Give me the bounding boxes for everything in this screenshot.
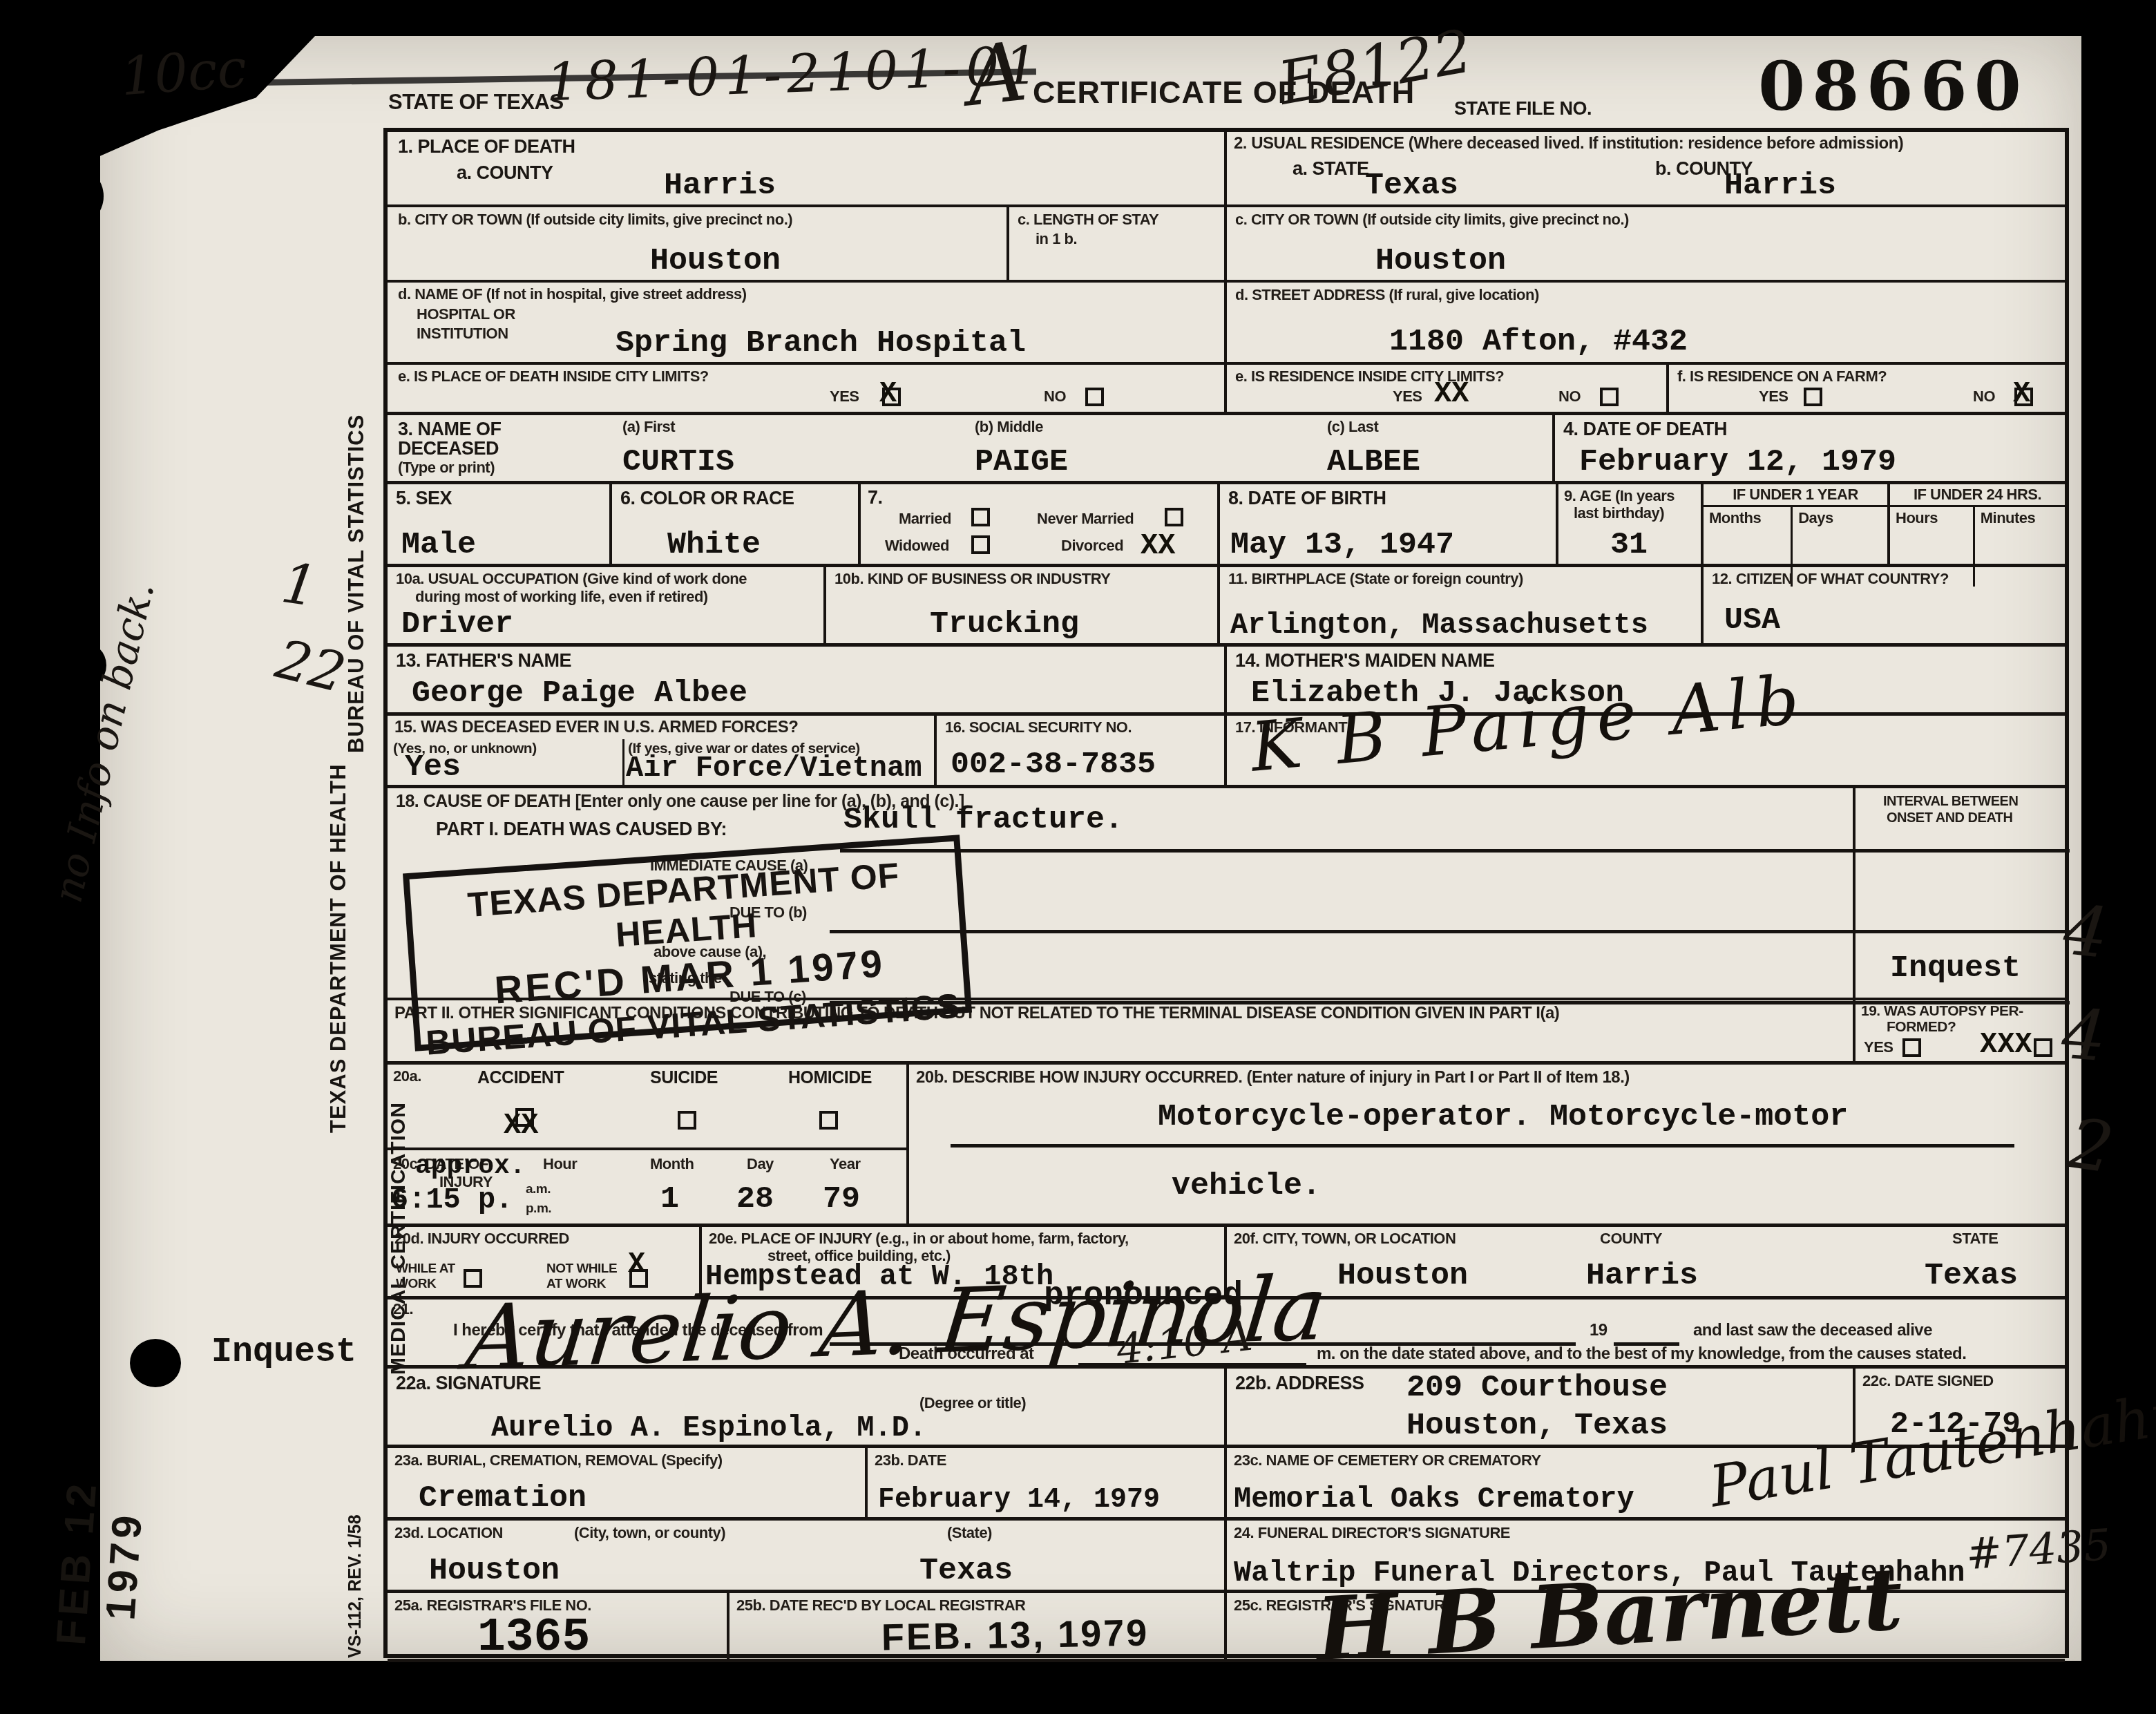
farm-yes-checkbox [1804,388,1822,406]
interval-label-2: ONSET AND DEATH [1887,810,2013,826]
interval-value: Inquest [1890,951,2021,986]
injury-description-rule [951,1144,2014,1148]
date-of-death-label: 4. DATE OF DEATH [1563,419,1727,440]
dob-value: May 13, 1947 [1230,527,1454,562]
last-name-label: (c) Last [1327,419,1378,435]
place-of-death-label: 1. PLACE OF DEATH [398,136,575,158]
occupation-label-2: during most of working life, even if ret… [415,589,708,605]
am-label: a.m. [526,1183,551,1197]
year-value: 79 [823,1181,860,1217]
autopsy-no-checkbox [2034,1038,2052,1057]
residence-city-label: c. CITY OR TOWN (If outside city limits,… [1235,211,1629,228]
injury-city-value: Houston [1337,1258,1468,1293]
death-county-value: Harris [664,168,776,203]
farm-no-checkbox [2014,388,2033,406]
physician-typed-name: Aurelio A. Espinola, M.D. [491,1411,926,1445]
certify-inquest: Inquest [211,1333,356,1372]
cause-line-c [830,1001,2070,1004]
death-limits-no: NO [1044,388,1066,405]
homicide-checkbox [819,1111,838,1130]
date-of-death-value: February 12, 1979 [1579,444,1896,479]
date-received-label: 25b. DATE REC'D BY LOCAL REGISTRAR [736,1597,1026,1614]
length-of-stay-label: c. LENGTH OF STAY [1018,211,1158,228]
age-value: 31 [1610,527,1648,562]
cause-line-b [830,930,2070,933]
death-city-limits-label: e. IS PLACE OF DEATH INSIDE CITY LIMITS? [398,368,709,385]
injury-occurred-label: 20d. INJURY OCCURRED [394,1230,569,1247]
not-while-mark: X [628,1248,645,1281]
service-value: Air Force/Vietnam [626,752,922,785]
certify-19: 19 [1590,1322,1608,1340]
received-date-stamp: FEB 12 1979 [43,1423,158,1706]
ssn-label: 16. SOCIAL SECURITY NO. [945,719,1132,736]
industry-value: Trucking [930,607,1079,642]
divorced-mark: XX [1141,529,1175,562]
burial-date-label: 23b. DATE [875,1452,946,1469]
crematory-value: Memorial Oaks Crematory [1234,1483,1634,1516]
divorced-option: Divorced [1061,537,1123,554]
hospital-value: Spring Branch Hospital [616,325,1026,361]
describe-injury-label: 20b. DESCRIBE HOW INJURY OCCURRED. (Ente… [916,1069,1630,1087]
location-state-value: Texas [919,1553,1013,1588]
street-address-label: d. STREET ADDRESS (If rural, give locati… [1235,287,1539,303]
degree-title-label: (Degree or title) [919,1395,1026,1411]
residence-limits-yes: YES [1393,388,1422,405]
header-state-label: STATE OF TEXAS [388,90,564,115]
location-city-sublabel: (City, town, or county) [574,1525,725,1541]
county-label: a. COUNTY [457,162,553,184]
injury-20a-label: 20a. [393,1068,421,1085]
farm-yes: YES [1759,388,1788,405]
sex-value: Male [401,527,476,562]
residence-county-value: Harris [1724,168,1836,203]
interval-label-1: INTERVAL BETWEEN [1883,794,2018,809]
name-label-1: 3. NAME OF [398,419,502,440]
certify-number: 21. [393,1301,413,1317]
residence-state-value: Texas [1365,168,1458,203]
middle-name-value: PAIGE [975,444,1068,479]
mother-name-label: 14. MOTHER'S MAIDEN NAME [1235,650,1494,672]
residence-state-label: a. STATE [1292,158,1369,180]
while-at-work-label2: WORK [396,1277,436,1292]
address-line-2: Houston, Texas [1406,1408,1668,1443]
injury-city-label: 20f. CITY, TOWN, OR LOCATION [1234,1230,1456,1247]
pm-label: p.m. [526,1202,551,1217]
death-limits-yes-checkbox [882,388,901,406]
father-name-value: George Paige Albee [412,676,747,711]
hospital-label-line3: INSTITUTION [417,325,508,342]
location-city-value: Houston [429,1553,560,1588]
hospital-label-line2: HOSPITAL OR [417,306,515,323]
residence-limits-yes-mark: XX [1434,377,1469,410]
autopsy-no-mark: XXX [1980,1028,2032,1061]
day-value: 28 [736,1181,774,1217]
address-label: 22b. ADDRESS [1235,1373,1364,1394]
registrar-file-value: 1365 [477,1611,590,1664]
name-label-3: (Type or print) [398,459,495,476]
injury-description-line1: Motorcycle-operator. Motorcycle-motor [1158,1099,1848,1134]
autopsy-label-1: 19. WAS AUTOPSY PER- [1861,1003,2023,1019]
last-name-value: ALBEE [1327,444,1420,479]
middle-name-label: (b) Middle [975,419,1043,435]
margin-note-10cc: 10cc [119,37,249,107]
death-limits-yes: YES [830,388,859,405]
certificate-form: 1. PLACE OF DEATH a. COUNTY Harris b. CI… [383,128,2069,1658]
hole-punch-bottom [130,1339,181,1387]
certify-text-3: m. on the date stated above, and to the … [1317,1345,1966,1363]
received-stamp: TEXAS DEPARTMENT OF HEALTH REC'D MAR 1 1… [403,835,972,1051]
race-label: 6. COLOR OR RACE [620,488,794,509]
marital-label: 7. [868,487,883,508]
injury-approx: approx. [415,1152,526,1181]
name-label-2: DECEASED [398,438,499,459]
header-handwritten-a: A [962,23,1031,124]
place-of-injury-label1: 20e. PLACE OF INJURY (e.g., in or about … [709,1230,1129,1247]
never-married-checkbox [1165,508,1183,526]
residence-limits-no-checkbox [1600,388,1619,406]
street-address-value: 1180 Afton, #432 [1389,324,1688,359]
occupation-value: Driver [401,607,513,642]
hour-label: Hour [543,1156,577,1172]
hour-value: 6:15 p. [391,1183,513,1217]
funeral-director-label: 24. FUNERAL DIRECTOR'S SIGNATURE [1234,1525,1510,1541]
injury-state-label: STATE [1952,1230,1998,1247]
widowed-checkbox [971,535,990,554]
burial-label: 23a. BURIAL, CREMATION, REMOVAL (Specify… [394,1452,723,1469]
farm-no: NO [1973,388,1995,405]
date-received-stamp: FEB. 13, 1979 [881,1612,1149,1659]
hole-punch-top [40,164,104,228]
birthplace-value: Arlington, Massachusetts [1230,609,1648,642]
death-city-value: Houston [650,243,781,278]
residence-farm-label: f. IS RESIDENCE ON A FARM? [1677,368,1887,385]
day-label: Day [747,1156,774,1172]
suicide-label: SUICIDE [650,1068,718,1088]
race-value: White [667,527,761,562]
cause-a-value: Skull fracture. [843,802,1123,837]
age-label-2: last birthday) [1574,505,1664,522]
month-label: Month [650,1156,694,1172]
death-city-label: b. CITY OR TOWN (If outside city limits,… [398,211,978,228]
scanned-death-certificate: { "margin": { "note_10cc": "10cc", "vert… [0,0,2156,1714]
first-name-label: (a) First [622,419,675,435]
if-under-1-year-label: IF UNDER 1 YEAR [1704,484,1887,507]
certify-text-2: and last saw the deceased alive [1693,1322,1932,1340]
residence-label: 2. USUAL RESIDENCE (Where deceased lived… [1234,135,2028,153]
part1-label: PART I. DEATH WAS CAUSED BY: [436,819,727,840]
father-name-label: 13. FATHER'S NAME [396,650,571,672]
injury-county-label: COUNTY [1600,1230,1662,1247]
length-of-stay-sublabel: in 1 b. [1036,231,1077,247]
autopsy-yes: YES [1864,1039,1893,1056]
married-option: Married [899,511,951,527]
injury-state-value: Texas [1925,1258,2018,1293]
occupation-label-1: 10a. USUAL OCCUPATION (Give kind of work… [396,571,747,587]
date-signed-label: 22c. DATE SIGNED [1862,1373,1994,1389]
citizen-label: 12. CITIZEN OF WHAT COUNTRY? [1712,571,1949,587]
accident-mark: XX [504,1109,538,1142]
never-married-option: Never Married [1037,511,1134,527]
injury-description-line2: vehicle. [1172,1168,1321,1203]
death-limits-no-checkbox [1085,388,1104,406]
month-value: 1 [660,1181,679,1217]
armed-forces-label: 15. WAS DECEASED EVER IN U.S. ARMED FORC… [394,718,798,736]
not-while-label1: NOT WHILE [546,1262,617,1277]
married-checkbox [971,508,990,526]
residence-limits-no: NO [1558,388,1581,405]
hospital-label-line1: d. NAME OF (If not in hospital, give str… [398,286,747,303]
address-line-1: 209 Courthouse [1406,1370,1668,1405]
autopsy-yes-checkbox [1902,1038,1921,1057]
suicide-checkbox [678,1111,696,1130]
while-at-work-label1: WHILE AT [396,1262,455,1277]
age-label-1: 9. AGE (In years [1564,488,1675,504]
location-label: 23d. LOCATION [394,1525,503,1541]
burial-date-value: February 14, 1979 [878,1485,1160,1516]
handwritten-7435: #7435 [1965,1519,2112,1579]
ssn-value: 002-38-7835 [951,747,1156,782]
first-name-value: CURTIS [622,444,734,479]
while-at-work-checkbox [464,1269,482,1288]
side-text-department: TEXAS DEPARTMENT OF HEALTH [326,663,351,1133]
industry-label: 10b. KIND OF BUSINESS OR INDUSTRY [834,571,1111,587]
residence-city-value: Houston [1375,243,1506,278]
autopsy-label-2: FORMED? [1887,1019,1956,1035]
citizen-value: USA [1724,602,1780,638]
state-file-no-label: STATE FILE NO. [1454,98,1592,120]
side-text-form-code: VS-112, REV. 1/58 [345,1444,365,1658]
year-label: Year [830,1156,861,1172]
if-under-24-hrs-label: IF UNDER 24 HRS. [1890,484,2065,507]
sex-label: 5. SEX [396,488,452,509]
homicide-label: HOMICIDE [788,1068,872,1088]
widowed-option: Widowed [885,537,949,554]
injury-county-value: Harris [1586,1258,1698,1293]
birthplace-label: 11. BIRTHPLACE (State or foreign country… [1228,571,1523,587]
crematory-label: 23c. NAME OF CEMETERY OR CREMATORY [1234,1452,1541,1469]
location-state-sublabel: (State) [947,1525,992,1541]
dob-label: 8. DATE OF BIRTH [1228,488,1386,509]
armed-forces-answer: Yes [405,750,461,785]
cause-line-a [840,849,2070,853]
accident-label: ACCIDENT [477,1068,564,1088]
burial-method-value: Cremation [419,1480,586,1516]
state-file-number: 08660 [1758,47,2028,126]
